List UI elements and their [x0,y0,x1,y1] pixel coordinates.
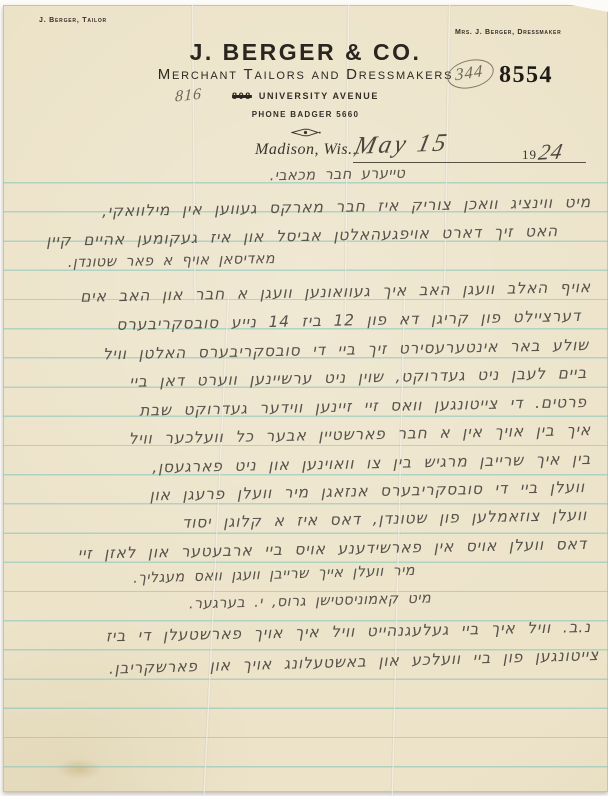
address-line: 808UNIVERSITY AVENUE [3,91,608,101]
paper-stain [48,755,110,783]
letter-paper-sheet: J. Berger, Tailor Mrs. J. Berger, Dressm… [3,5,608,792]
phone-line: PHONE BADGER 5660 [3,110,608,119]
printed-year-stub: 19 [522,147,537,163]
clipped-corner [539,0,608,12]
city-date-prefix: Madison, Wis., [255,141,357,159]
letterhead-credit-dressmaker: Mrs. J. Berger, Dressmaker [455,29,561,36]
street-name: UNIVERSITY AVENUE [259,91,379,101]
pencil-street-number: 816 [175,86,202,107]
stamped-number: 8554 [499,62,553,89]
handwritten-date: May 15 [352,129,452,160]
printer-ornament-icon [3,124,608,142]
scanned-letter-page: { "document_type": "Scanned handwritten … [0,0,608,796]
struck-street-number: 808 [232,91,252,101]
letterhead-credit-tailor: J. Berger, Tailor [39,17,107,24]
